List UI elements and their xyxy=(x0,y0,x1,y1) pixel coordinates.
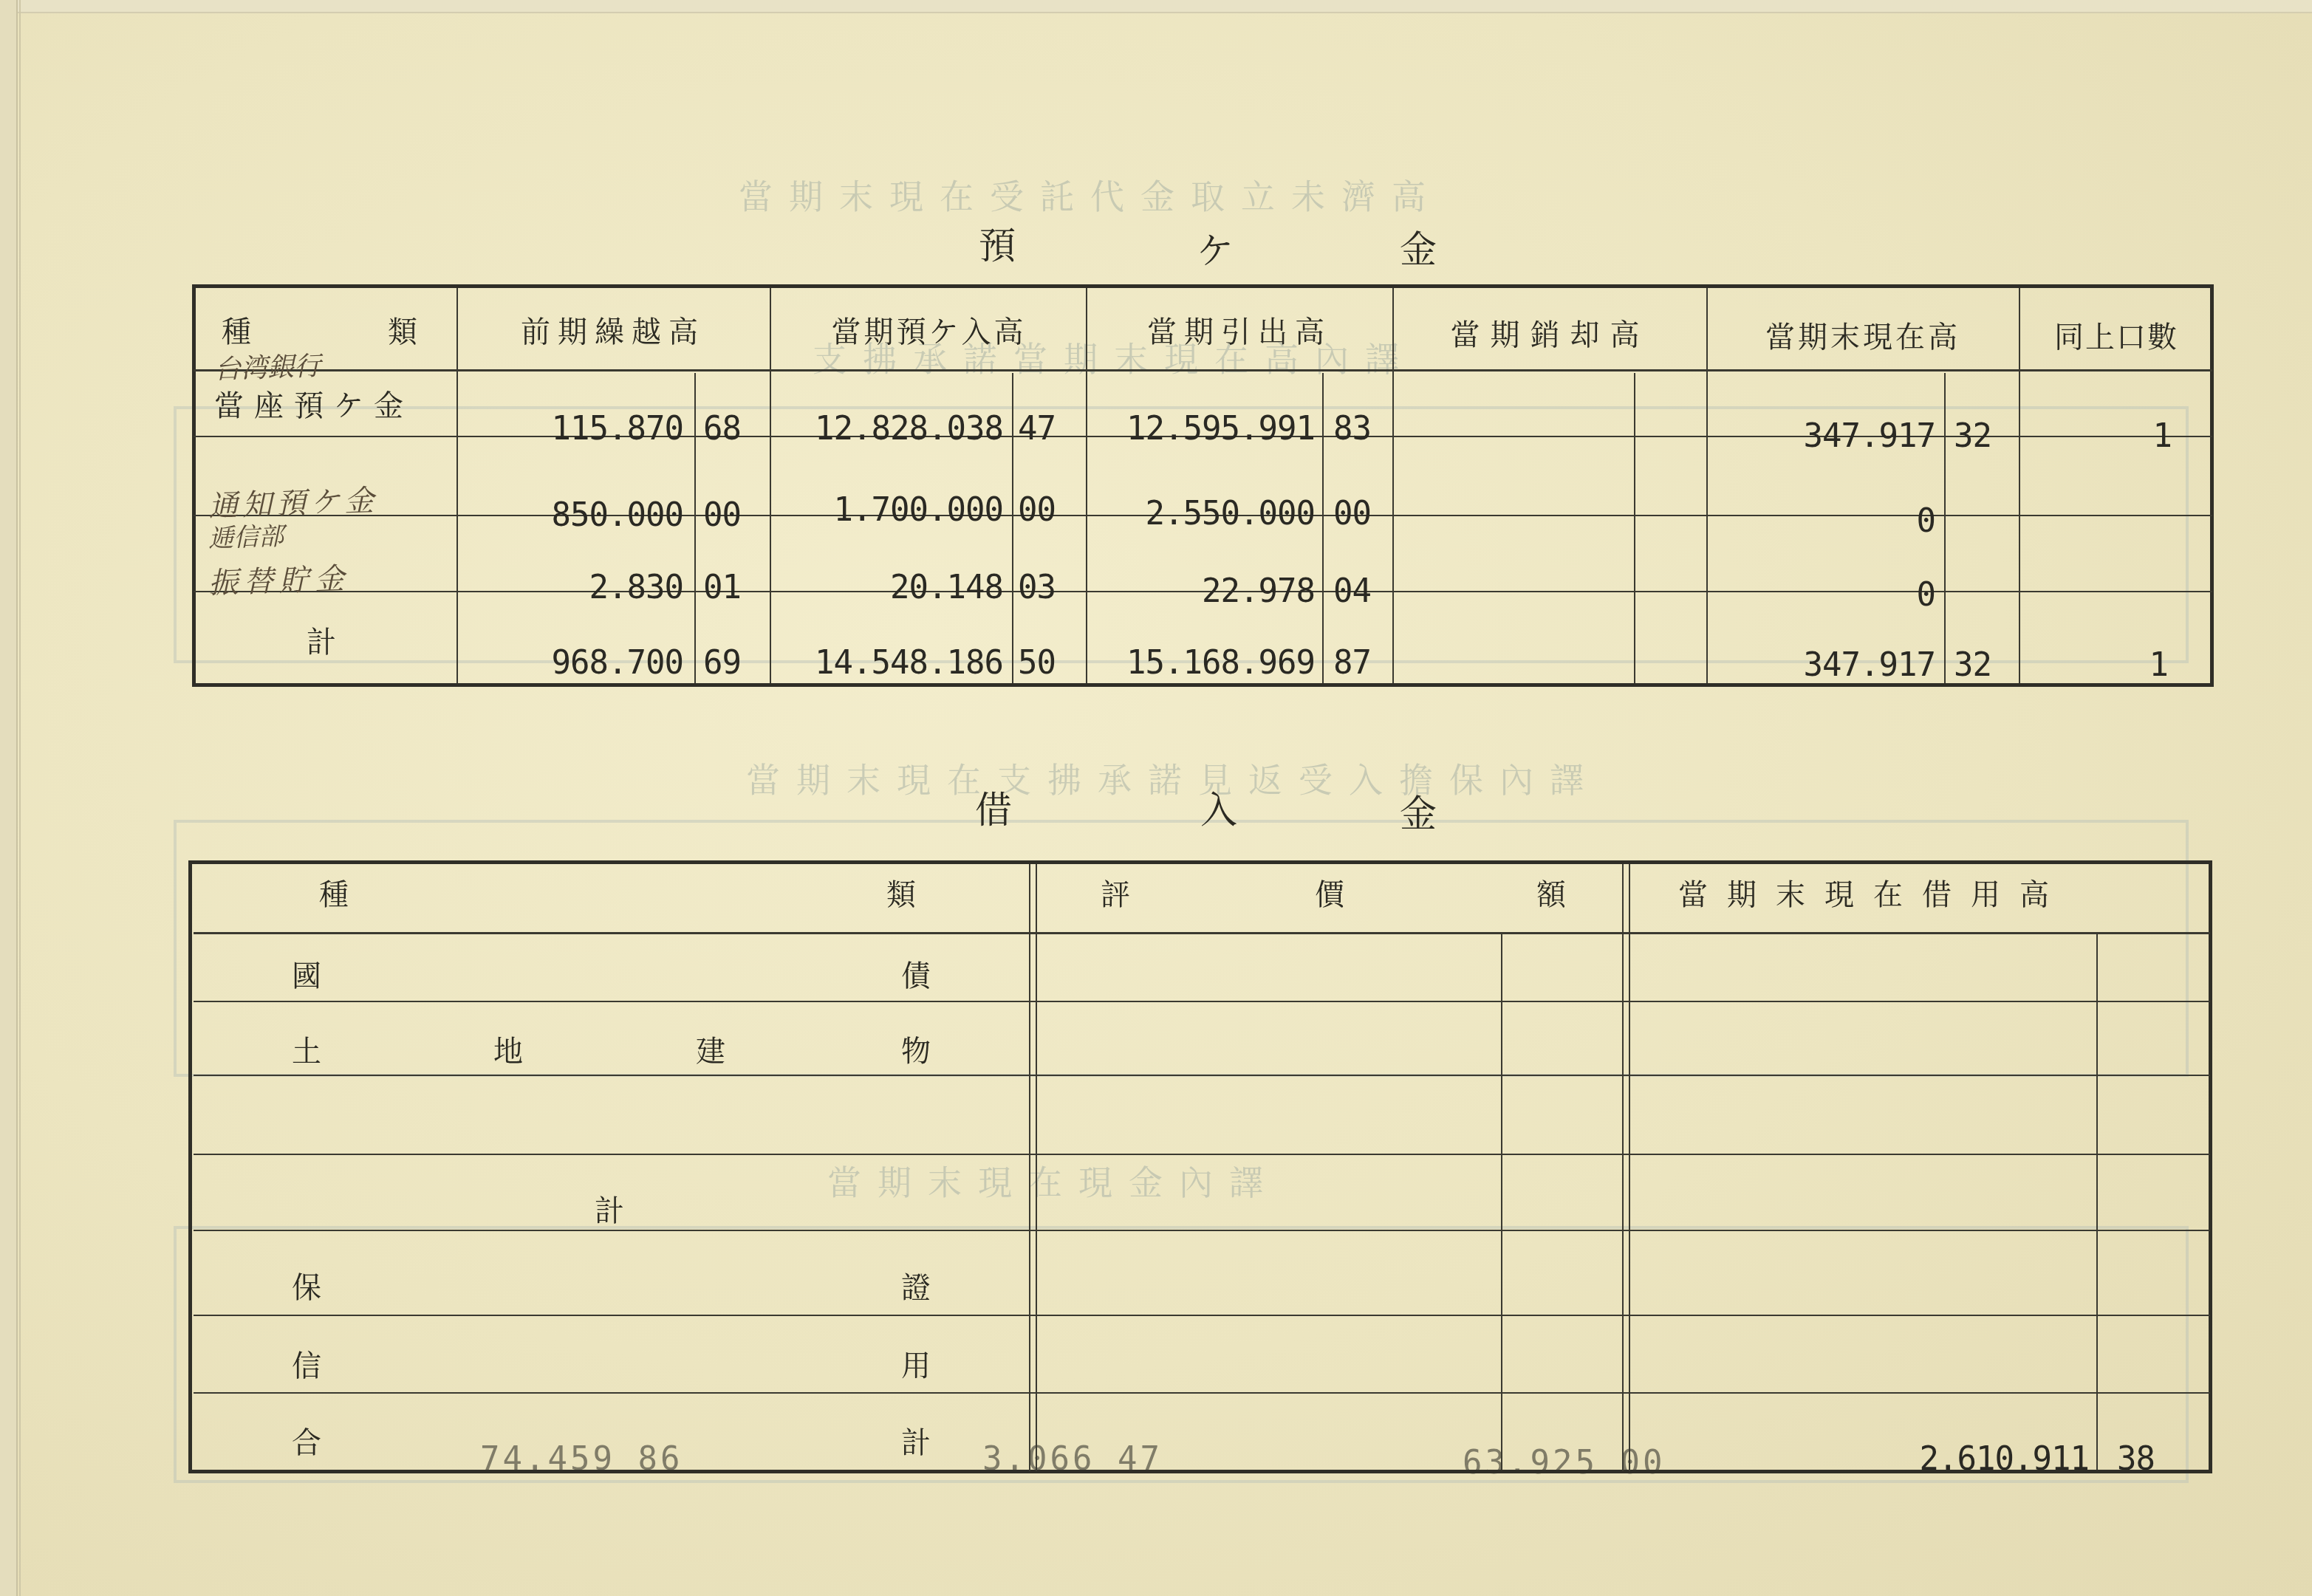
page-binding xyxy=(0,0,18,1596)
header-written-off: 當期銷却高 xyxy=(1394,312,1706,354)
row3-deposits-yen: 20.148 xyxy=(768,569,1003,606)
grand-total-sen: 38 xyxy=(2117,1440,2155,1478)
total-carried-sen: 69 xyxy=(703,644,741,682)
row3-balance-yen: 0 xyxy=(1710,576,1935,614)
sen-col-line xyxy=(2096,934,2098,1470)
header-balance: 當期末現在高 xyxy=(1708,314,2018,356)
row-rule xyxy=(194,1392,2210,1394)
row1-balance-yen: 347.917 xyxy=(1710,417,1935,455)
total-balance-sen: 32 xyxy=(1954,646,1991,684)
row-national-bonds-2: 債 xyxy=(901,953,931,995)
total-withdrawals-sen: 87 xyxy=(1333,644,1371,682)
total-count: 1 xyxy=(2024,646,2168,684)
row2-deposits-yen: 1.700.000 xyxy=(768,491,1003,529)
row1-annotation: 台湾銀行 xyxy=(213,346,321,387)
header-type-left: 種 xyxy=(222,309,259,351)
sen-col-line xyxy=(1501,934,1502,1470)
row-land-buildings-4: 物 xyxy=(901,1028,931,1070)
deposits-title-char-1: 預 xyxy=(979,216,1016,270)
row3-deposits-sen: 03 xyxy=(1018,569,1056,606)
header-account-count: 同上口數 xyxy=(2020,314,2212,356)
page-binding-line xyxy=(19,0,21,1596)
sen-col-line xyxy=(1634,373,1635,683)
row-rule xyxy=(194,1075,2210,1076)
row1-deposits-sen: 47 xyxy=(1018,410,1056,448)
row2-withdrawals-yen: 2.550.000 xyxy=(1090,495,1315,532)
header-balance: 當期末現在借用高 xyxy=(1678,871,2068,914)
row-rule xyxy=(194,1315,2210,1316)
row3-withdrawals-sen: 04 xyxy=(1333,572,1371,610)
row-rule xyxy=(194,1230,2210,1231)
row-land-buildings-2: 地 xyxy=(493,1028,523,1070)
borrowings-table xyxy=(188,860,2212,1473)
row-grand-total-2: 計 xyxy=(901,1419,931,1462)
row-credit-1: 信 xyxy=(292,1343,321,1385)
col-double-line xyxy=(1622,864,1630,1471)
row3-withdrawals-yen: 22.978 xyxy=(1090,572,1315,610)
header-type-right: 類 xyxy=(886,871,916,914)
row-subtotal-label: 計 xyxy=(595,1188,624,1230)
row1-withdrawals-yen: 12.595.991 xyxy=(1090,410,1315,448)
row3-type: 振替貯金 xyxy=(208,555,351,603)
col-line xyxy=(770,288,771,683)
row2-balance-yen: 0 xyxy=(1710,502,1935,540)
row2-deposits-sen: 00 xyxy=(1018,491,1056,529)
borrowings-title-char-3: 金 xyxy=(1400,784,1437,838)
row1-balance-sen: 32 xyxy=(1954,417,1991,455)
header-carried-forward: 前期繰越高 xyxy=(458,309,768,351)
row1-type: 當座預ケ金 xyxy=(214,383,414,425)
header-valuation-1: 評 xyxy=(1101,871,1130,914)
row-land-buildings-1: 土 xyxy=(292,1028,321,1070)
row1-carried-sen: 68 xyxy=(703,410,741,448)
row-guaranteed-1: 保 xyxy=(292,1264,321,1306)
header-withdrawals: 當期引出高 xyxy=(1087,309,1392,351)
row-national-bonds-1: 國 xyxy=(292,953,321,995)
borrowings-title-char-1: 借 xyxy=(975,781,1012,834)
row1-withdrawals-sen: 83 xyxy=(1333,410,1371,448)
header-deposits: 當期預ケ入高 xyxy=(772,309,1086,351)
row1-count: 1 xyxy=(2024,417,2172,455)
row-grand-total-1: 合 xyxy=(292,1419,321,1462)
col-double-line xyxy=(1029,864,1037,1471)
row2-carried-yen: 850.000 xyxy=(458,496,683,534)
total-carried-yen: 968.700 xyxy=(458,644,683,682)
row3-annotation: 逓信部 xyxy=(208,516,284,555)
ghost-heading-3: 當期末現在支拂承諾見返受入擔保內譯 xyxy=(746,753,1600,802)
deposits-title-char-3: 金 xyxy=(1400,220,1437,273)
ghost-heading-1: 當期末現在受託代金取立未濟高 xyxy=(739,170,1442,219)
total-deposits-sen: 50 xyxy=(1018,644,1056,682)
sen-col-line xyxy=(1322,373,1324,683)
borrowings-title-char-2: 入 xyxy=(1200,781,1237,834)
sen-col-line xyxy=(694,373,696,683)
total-label: 計 xyxy=(307,619,336,661)
header-type-left: 種 xyxy=(319,871,349,914)
borrowings-header-divider xyxy=(194,932,2210,934)
row-rule xyxy=(194,1154,2210,1155)
grand-total-yen: 2.610.911 xyxy=(1699,1440,2089,1478)
deposits-header-divider xyxy=(194,369,2212,371)
sen-col-line xyxy=(1012,373,1013,683)
deposits-title-char-2: ケ xyxy=(1197,222,1234,275)
page-top-edge xyxy=(0,0,2312,13)
header-type-right: 類 xyxy=(388,309,425,351)
total-deposits-yen: 14.548.186 xyxy=(768,644,1003,682)
row-rule xyxy=(194,1001,2210,1002)
header-valuation-2: 價 xyxy=(1315,871,1344,914)
total-balance-yen: 347.917 xyxy=(1710,646,1935,684)
sen-col-line xyxy=(1944,373,1946,683)
total-withdrawals-yen: 15.168.969 xyxy=(1090,644,1315,682)
row3-carried-yen: 2.830 xyxy=(458,569,683,606)
row1-carried-yen: 115.870 xyxy=(458,410,683,448)
row-credit-2: 用 xyxy=(901,1343,931,1385)
row3-carried-sen: 01 xyxy=(703,569,741,606)
row-land-buildings-3: 建 xyxy=(696,1028,725,1070)
row-guaranteed-2: 證 xyxy=(901,1264,931,1306)
header-valuation-3: 額 xyxy=(1536,871,1566,914)
row2-withdrawals-sen: 00 xyxy=(1333,495,1371,532)
row1-deposits-yen: 12.828.038 xyxy=(768,410,1003,448)
row2-carried-sen: 00 xyxy=(703,496,741,534)
